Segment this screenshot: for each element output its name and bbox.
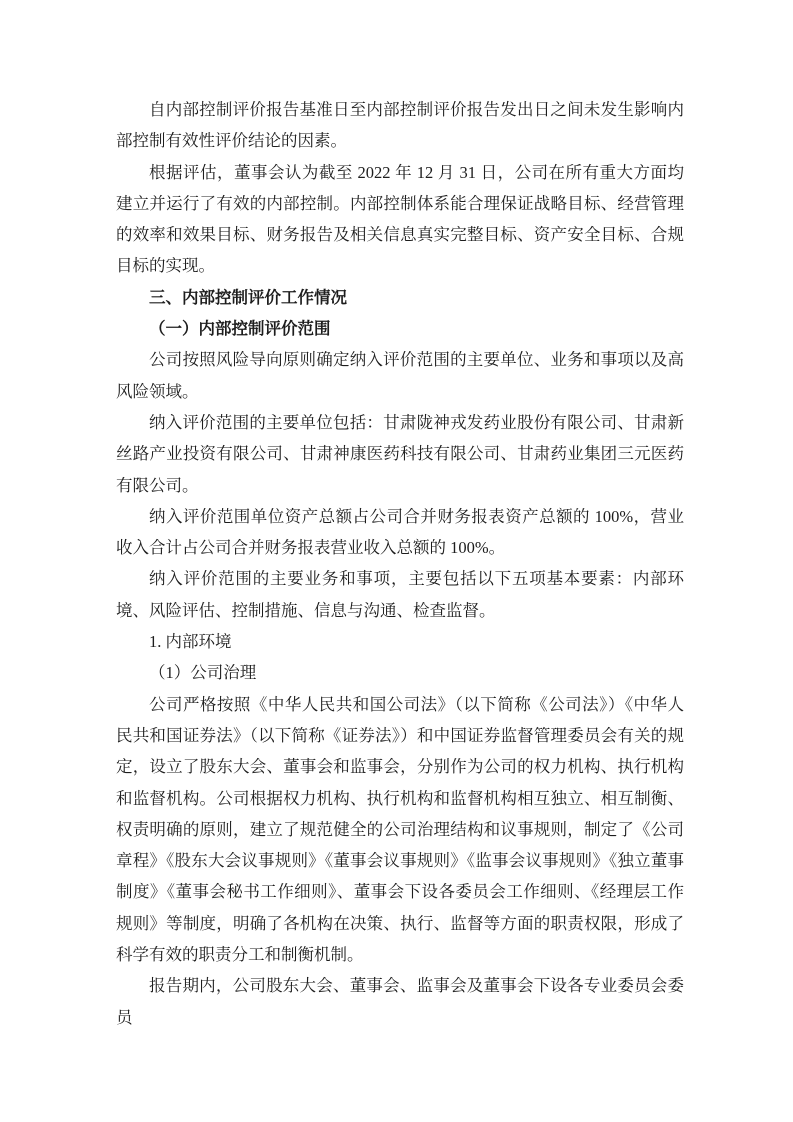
document-page: 自内部控制评价报告基准日至内部控制评价报告发出日之间未发生影响内部控制有效性评价… — [0, 0, 793, 1122]
paragraph-main-units-included: 纳入评价范围的主要单位包括：甘肃陇神戎发药业股份有限公司、甘肃新丝路产业投资有限… — [116, 407, 684, 501]
list-item-internal-environment: 1. 内部环境 — [116, 626, 684, 657]
paragraph-risk-oriented-principle: 公司按照风险导向原则确定纳入评价范围的主要单位、业务和事项以及高风险领域。 — [116, 344, 684, 407]
paragraph-reporting-period: 报告期内，公司股东大会、董事会、监事会及董事会下设各专业委员会委员 — [116, 970, 684, 1033]
section-heading-evaluation-work: 三、内部控制评价工作情况 — [116, 282, 684, 313]
paragraph-five-basic-elements: 纳入评价范围的主要业务和事项，主要包括以下五项基本要素：内部环境、风险评估、控制… — [116, 563, 684, 626]
subsection-heading-evaluation-scope: （一）内部控制评价范围 — [116, 313, 684, 344]
document-body: 自内部控制评价报告基准日至内部控制评价报告发出日之间未发生影响内部控制有效性评价… — [116, 94, 684, 1033]
list-item-corporate-governance: （1）公司治理 — [116, 657, 684, 688]
paragraph-board-conclusion: 根据评估，董事会认为截至 2022 年 12 月 31 日，公司在所有重大方面均… — [116, 157, 684, 282]
paragraph-report-base-date: 自内部控制评价报告基准日至内部控制评价报告发出日之间未发生影响内部控制有效性评价… — [116, 94, 684, 157]
paragraph-asset-revenue-coverage: 纳入评价范围单位资产总额占公司合并财务报表资产总额的 100%，营业收入合计占公… — [116, 501, 684, 564]
paragraph-governance-detail: 公司严格按照《中华人民共和国公司法》（以下简称《公司法》）《中华人民共和国证券法… — [116, 689, 684, 971]
